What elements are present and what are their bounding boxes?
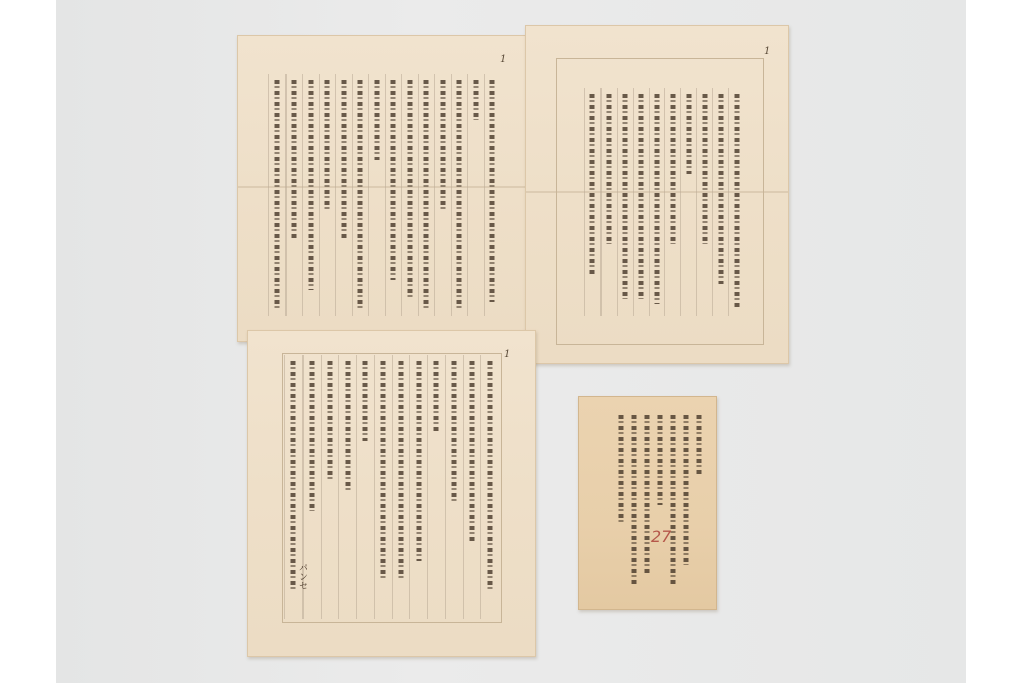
text-column: [679, 409, 692, 599]
text-column: [409, 355, 427, 619]
signature: パンセ: [296, 563, 309, 590]
handwritten-text: [487, 361, 492, 591]
handwritten-text: [363, 361, 368, 441]
handwritten-text: [457, 80, 462, 310]
handwritten-text: [434, 361, 439, 431]
text-column: [463, 355, 481, 619]
handwritten-text: [391, 80, 396, 280]
handwritten-text: [407, 80, 412, 300]
page-number: 1: [504, 349, 510, 360]
text-column: [356, 355, 374, 619]
text-column: [712, 88, 728, 316]
handwritten-text: [702, 94, 707, 244]
handwritten-text: [374, 80, 379, 160]
handwritten-text: [308, 80, 313, 290]
handwritten-text: [696, 415, 701, 475]
text-column: [302, 74, 319, 316]
text-column: [427, 355, 445, 619]
handwritten-text: [469, 361, 474, 541]
text-column: [286, 74, 303, 316]
handwritten-text: [718, 94, 723, 284]
handwritten-text: [623, 94, 628, 299]
ruled-columns: [584, 88, 744, 316]
text-column: [633, 88, 649, 316]
text-column: [654, 409, 667, 599]
handwritten-text: [639, 94, 644, 299]
handwritten-text: [325, 80, 330, 210]
handwriting-columns: [615, 409, 705, 599]
text-column: [649, 88, 665, 316]
handwritten-text: [327, 361, 332, 481]
text-column: [480, 355, 498, 619]
ruled-columns: [268, 74, 500, 316]
handwritten-text: [619, 415, 624, 525]
handwritten-text: [345, 361, 350, 491]
handwritten-text: [416, 361, 421, 561]
text-column: [692, 409, 705, 599]
handwritten-text: [473, 80, 478, 120]
text-column: [641, 409, 654, 599]
handwritten-text: [291, 361, 296, 591]
handwritten-text: [670, 415, 675, 585]
handwritten-text: [292, 80, 297, 240]
text-column: [392, 355, 410, 619]
handwritten-text: [657, 415, 662, 505]
text-column: [628, 409, 641, 599]
text-column: [445, 355, 463, 619]
text-column: [615, 409, 628, 599]
text-column: [728, 88, 744, 316]
text-column: [321, 355, 339, 619]
handwritten-text: [381, 361, 386, 581]
text-column: [696, 88, 712, 316]
handwritten-text: [590, 94, 595, 274]
text-column: [352, 74, 369, 316]
text-column: [268, 74, 286, 316]
text-column: [434, 74, 451, 316]
text-column: [617, 88, 633, 316]
page-number: 1: [764, 46, 770, 57]
manuscript-bottom-left: 1 パンセ: [247, 330, 536, 657]
handwritten-text: [670, 94, 675, 244]
red-number-mark: 27: [651, 527, 671, 546]
text-column: [335, 74, 352, 316]
text-column: [401, 74, 418, 316]
manuscript-top-left: 1: [237, 35, 530, 342]
text-column: [319, 74, 336, 316]
handwritten-text: [358, 80, 363, 310]
text-column: [484, 74, 501, 316]
manuscript-top-right: 1: [525, 25, 789, 364]
text-column: [584, 88, 601, 316]
text-column: [664, 88, 680, 316]
handwritten-text: [274, 80, 279, 310]
text-column: [385, 74, 402, 316]
handwritten-text: [310, 361, 315, 511]
text-column: [451, 74, 468, 316]
handwritten-text: [686, 94, 691, 174]
text-column: [338, 355, 356, 619]
handwritten-text: [490, 80, 495, 302]
handwritten-text: [655, 94, 660, 304]
handwritten-text: [440, 80, 445, 210]
handwritten-text: [632, 415, 637, 585]
handwritten-text: [607, 94, 612, 244]
postcard: 27: [578, 396, 717, 610]
text-column: [680, 88, 696, 316]
handwritten-text: [341, 80, 346, 240]
text-column: [418, 74, 435, 316]
handwritten-text: [683, 415, 688, 565]
handwritten-text: [452, 361, 457, 501]
ruled-columns: [284, 355, 498, 619]
text-column: [368, 74, 385, 316]
text-column: [374, 355, 392, 619]
handwritten-text: [424, 80, 429, 310]
handwritten-text: [734, 94, 739, 309]
handwritten-text: [398, 361, 403, 581]
text-column: [666, 409, 679, 599]
text-column: [601, 88, 617, 316]
text-column: [467, 74, 484, 316]
handwritten-text: [645, 415, 650, 575]
page-number: 1: [500, 54, 506, 65]
